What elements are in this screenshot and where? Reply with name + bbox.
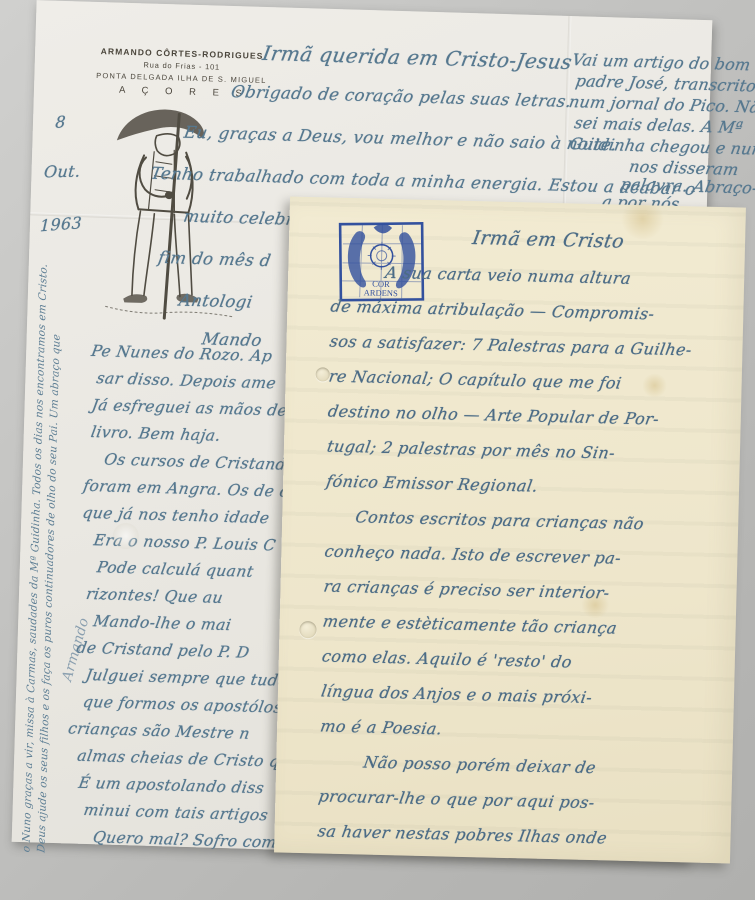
handwritten-line: sa haver nestas pobres Ilhas onde [316, 821, 608, 847]
handwritten-line: fónico Emissor Regional. [325, 472, 540, 496]
handwritten-line: destino no olho — Arte Popular de Por- [327, 402, 661, 429]
corner-note: Vai um artigo do bompadre José, transcri… [37, 0, 713, 20]
date-month: Out. [43, 162, 81, 182]
handwritten-line: livro. Bem haja. [90, 423, 223, 445]
handwritten-line: ra crianças é preciso ser interior- [322, 577, 611, 603]
letter1-opening-paragraph: Obrigado de coração pelas suas letras.Eu… [37, 0, 713, 20]
handwritten-line: Já esfreguei as mãos de [90, 396, 288, 420]
handwritten-line: Pode calculá quant [96, 558, 255, 581]
handwritten-line: rizontes! Que au [85, 585, 225, 607]
punch-hole [299, 621, 316, 638]
handwritten-line: almas cheias de Cristo qu [76, 747, 292, 771]
handwritten-line: foram em Angra. Os de c [82, 477, 290, 501]
handwritten-line: re Nacional; O capítulo que me foi [327, 367, 623, 393]
handwritten-line: minui com tais artigos [82, 801, 269, 824]
date-day: 8 [55, 112, 67, 131]
letter1-heading: Irmã querida em Cristo-Jesus [261, 41, 574, 74]
handwritten-line: que formos os apostólos [82, 693, 284, 717]
handwritten-line: mente e estèticamente tão criança [321, 611, 618, 637]
handwritten-line: Julguei sempre que tudo [84, 666, 289, 690]
paper-stain [619, 199, 666, 240]
corner-note-line: Vai um artigo do bom [571, 50, 752, 74]
handwritten-line: É um apostolando diss [77, 774, 265, 797]
paper-stain [641, 373, 668, 398]
handwritten-line: Obrigado de coração pelas suas letras. [230, 82, 573, 111]
handwritten-line: Os cursos de Cristand [103, 450, 288, 473]
handwritten-line: procurar-lhe o que por aqui pos- [317, 786, 596, 812]
letter1-left-column: Pe Nunes do Rozo. Apsar disso. Depois am… [37, 0, 713, 20]
photo-of-letters: { "colors": { "background_gray": "#bdbdb… [0, 0, 755, 900]
handwritten-line: fim do mês d [157, 248, 273, 270]
handwritten-line: sar disso. Depois ame [95, 369, 277, 392]
handwritten-line: Mando-lhe o mai [92, 612, 233, 634]
corner-note-line: padre José, transcrito [574, 71, 755, 95]
staff [164, 114, 179, 318]
handwritten-line: de máxima atribulação — Compromis- [329, 297, 656, 324]
handwritten-line: conheço nada. Isto de escrever pa- [323, 542, 622, 568]
handwritten-line: Não posso porém deixar de [362, 753, 597, 778]
margin-note-vertical: o Nuno graças a vir, missa à Carmas, sau… [19, 232, 67, 853]
handwritten-line: crianças são Mestre n [67, 719, 252, 742]
corner-note-line: sei mais delas. A Mª [573, 113, 745, 137]
corner-note-line: Guidinha chegou e nunca [568, 134, 755, 159]
handwritten-line: tugal; 2 palestras por mês no Sin- [326, 437, 617, 463]
handwritten-line: mo é a Poesia. [319, 716, 444, 738]
handwritten-line: Contos escritos para crianças não [354, 507, 645, 533]
handwritten-line: Eu, graças a Deus, vou melhor e não saio… [183, 123, 619, 155]
handwritten-line: como elas. Aquilo é 'resto' do [321, 646, 574, 671]
handwritten-line: Quero mal? Sofro com [92, 828, 279, 851]
handwritten-line: de Cristand pelo P. D [75, 639, 251, 662]
handwritten-line: que já nos tenho idade [81, 504, 271, 527]
handwritten-line: muito celebra [182, 207, 306, 229]
handwritten-line: Antologi [178, 291, 255, 312]
handwritten-line: língua dos Anjos e o mais próxi- [320, 681, 594, 707]
handwritten-line: sos a satisfazer: 7 Palestras para a Gui… [328, 332, 693, 360]
letter-page-2: COR ARDENS Irmã em Cristo A sua carta ve… [274, 197, 746, 864]
letter2-heading: Irmã em Cristo [471, 227, 626, 253]
